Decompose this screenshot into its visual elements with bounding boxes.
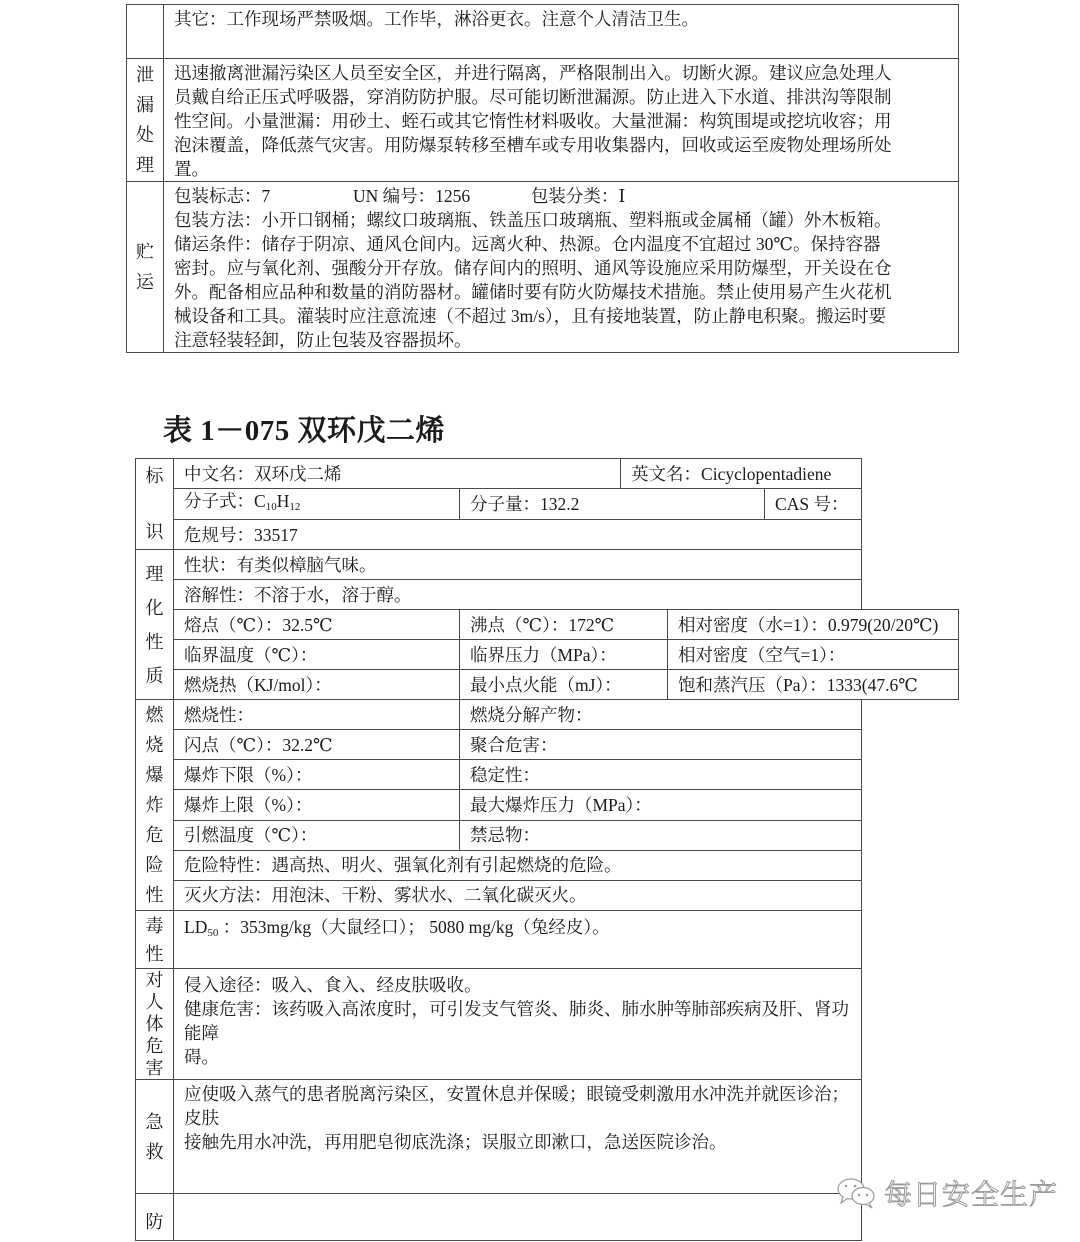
watermark: 每日安全生产 — [836, 1173, 1058, 1213]
physchem-row-1: 熔点（℃）：32.5℃ 沸点（℃）：172℃ 相对密度（水=1）：0.979(2… — [136, 610, 959, 640]
fire-row-1: 燃 烧 爆 炸 危 险 性 燃烧性： 燃烧分解产物： — [136, 700, 959, 730]
melting-point-cell: 熔点（℃）：32.5℃ — [174, 610, 460, 640]
other-label-cell — [127, 5, 164, 59]
incompatible-materials-cell: 禁忌物： — [460, 820, 862, 850]
leak-handling-row: 泄 漏 处 理 迅速撤离泄漏污染区人员至安全区，并进行隔离，严格限制出入。切断火… — [127, 59, 959, 182]
critical-pressure-cell: 临界压力（MPa）： — [460, 640, 668, 670]
fire-row-extinguish: 灭火方法：用泡沫、干粉、雾状水、二氧化碳灭火。 — [136, 880, 959, 910]
upper-explosive-limit-cell: 爆炸上限（%）： — [174, 790, 460, 820]
fire-row-2: 闪点（℃）：32.2℃ 聚合危害： — [136, 730, 959, 760]
protection-cell — [174, 1194, 862, 1241]
physchem-row-solubility: 溶解性：不溶于水，溶于醇。 — [136, 580, 959, 610]
health-hazard-row: 对 人 体 危 害 侵入途径：吸入、食入、经皮肤吸收。 健康危害：该药吸入高浓度… — [136, 969, 959, 1080]
critical-temp-cell: 临界温度（℃）： — [174, 640, 460, 670]
lower-explosive-limit-cell: 爆炸下限（%）： — [174, 760, 460, 790]
hazard-characteristics-cell: 危险特性：遇高热、明火、强氧化剂有引起燃烧的危险。 — [174, 850, 862, 880]
min-ignition-energy-cell: 最小点火能（mJ）： — [460, 670, 668, 700]
toxicity-label: 毒 性 — [136, 911, 174, 969]
hazard-number-cell: 危规号：33517 — [174, 520, 862, 550]
other-row: 其它：工作现场严禁吸烟。工作毕，淋浴更衣。注意个人清洁卫生。 — [127, 5, 959, 59]
formula-cell: 分子式：C10H12 — [174, 489, 460, 520]
physchem-row-2: 临界温度（℃）： 临界压力（MPa）： 相对密度（空气=1）： — [136, 640, 959, 670]
first-aid-cell: 应使吸入蒸气的患者脱离污染区，安置休息并保暖；眼镜受刺激用水冲洗并就医诊治；皮肤… — [174, 1080, 862, 1194]
vapor-pressure-cell: 饱和蒸汽压（Pa）：1333(47.6℃ — [668, 670, 959, 700]
decomposition-products-cell: 燃烧分解产物： — [460, 700, 862, 730]
physchem-row-3: 燃烧热（KJ/mol）： 最小点火能（mJ）： 饱和蒸汽压（Pa）：1333(4… — [136, 670, 959, 700]
watermark-text: 每日安全生产 — [884, 1173, 1058, 1213]
solubility-cell: 溶解性：不溶于水，溶于醇。 — [174, 580, 862, 610]
storage-transport-text: 包装标志：7 UN 编号：1256 包装分类：Ⅰ 包装方法：小开口钢桶；螺纹口玻… — [164, 182, 959, 353]
fire-hazard-label: 燃 烧 爆 炸 危 险 性 — [136, 700, 174, 911]
identification-label: 标 识 — [136, 459, 174, 550]
flammability-cell: 燃烧性： — [174, 700, 460, 730]
ignition-temp-cell: 引燃温度（℃）： — [174, 820, 460, 850]
cn-name-cell: 中文名：双环戊二烯 — [174, 459, 621, 489]
extinguishing-method-cell: 灭火方法：用泡沫、干粉、雾状水、二氧化碳灭火。 — [174, 880, 862, 910]
flash-point-cell: 闪点（℃）：32.2℃ — [174, 730, 460, 760]
max-explosion-pressure-cell: 最大爆炸压力（MPa）： — [460, 790, 862, 820]
relative-density-water-cell: 相对密度（水=1）：0.979(20/20℃) — [668, 610, 959, 640]
health-hazard-cell: 侵入途径：吸入、食入、经皮肤吸收。 健康危害：该药吸入高浓度时，可引发支气管炎、… — [174, 969, 862, 1080]
stability-cell: 稳定性： — [460, 760, 862, 790]
identification-row-3: 危规号：33517 — [136, 520, 959, 550]
fire-row-hazard: 危险特性：遇高热、明火、强氧化剂有引起燃烧的危险。 — [136, 850, 959, 880]
storage-transport-label: 贮 运 — [127, 182, 164, 353]
other-text: 其它：工作现场严禁吸烟。工作毕，淋浴更衣。注意个人清洁卫生。 — [174, 7, 958, 31]
other-content-cell: 其它：工作现场严禁吸烟。工作毕，淋浴更衣。注意个人清洁卫生。 — [164, 5, 959, 59]
toxicity-row: 毒 性 LD50 ：353mg/kg（大鼠经口）； 5080 mg/kg（兔经皮… — [136, 911, 959, 969]
storage-transport-row: 贮 运 包装标志：7 UN 编号：1256 包装分类：Ⅰ 包装方法：小开口钢桶；… — [127, 182, 959, 353]
identification-row-2: 分子式：C10H12 分子量：132.2 CAS 号： — [136, 489, 959, 520]
en-name-cell: 英文名：Cicyclopentadiene — [621, 459, 862, 489]
fire-row-4: 爆炸上限（%）： 最大爆炸压力（MPa）： — [136, 790, 959, 820]
appearance-cell: 性状：有类似樟脑气味。 — [174, 550, 862, 580]
mol-weight-cell: 分子量：132.2 — [460, 489, 765, 520]
fire-row-3: 爆炸下限（%）： 稳定性： — [136, 760, 959, 790]
storage-transport-table: 其它：工作现场严禁吸烟。工作毕，淋浴更衣。注意个人清洁卫生。 泄 漏 处 理 迅… — [126, 4, 959, 353]
fire-row-5: 引燃温度（℃）： 禁忌物： — [136, 820, 959, 850]
physchem-row-appearance: 理 化 性 质 性状：有类似樟脑气味。 — [136, 550, 959, 580]
leak-handling-text: 迅速撤离泄漏污染区人员至安全区，并进行隔离，严格限制出入。切断火源。建议应急处理… — [164, 59, 959, 182]
identification-row-1: 标 识 中文名：双环戊二烯 英文名：Cicyclopentadiene — [136, 459, 959, 489]
first-aid-label: 急 救 — [136, 1080, 174, 1194]
wechat-icon — [836, 1176, 878, 1210]
physchem-label: 理 化 性 质 — [136, 550, 174, 700]
packaging-line: 包装标志：7 UN 编号：1256 包装分类：Ⅰ — [174, 184, 958, 208]
polymerization-hazard-cell: 聚合危害： — [460, 730, 862, 760]
protection-label: 防 — [136, 1194, 174, 1241]
toxicity-cell: LD50 ：353mg/kg（大鼠经口）； 5080 mg/kg（兔经皮）。 — [174, 911, 862, 969]
relative-density-air-cell: 相对密度（空气=1）： — [668, 640, 959, 670]
boiling-point-cell: 沸点（℃）：172℃ — [460, 610, 668, 640]
health-hazard-label: 对 人 体 危 害 — [136, 969, 174, 1080]
section-title: 表 1－075 双环戊二烯 — [163, 408, 445, 449]
cas-cell: CAS 号： — [765, 489, 862, 520]
chemical-safety-table: 标 识 中文名：双环戊二烯 英文名：Cicyclopentadiene 分子式：… — [135, 458, 959, 1241]
leak-handling-label: 泄 漏 处 理 — [127, 59, 164, 182]
combustion-heat-cell: 燃烧热（KJ/mol）： — [174, 670, 460, 700]
